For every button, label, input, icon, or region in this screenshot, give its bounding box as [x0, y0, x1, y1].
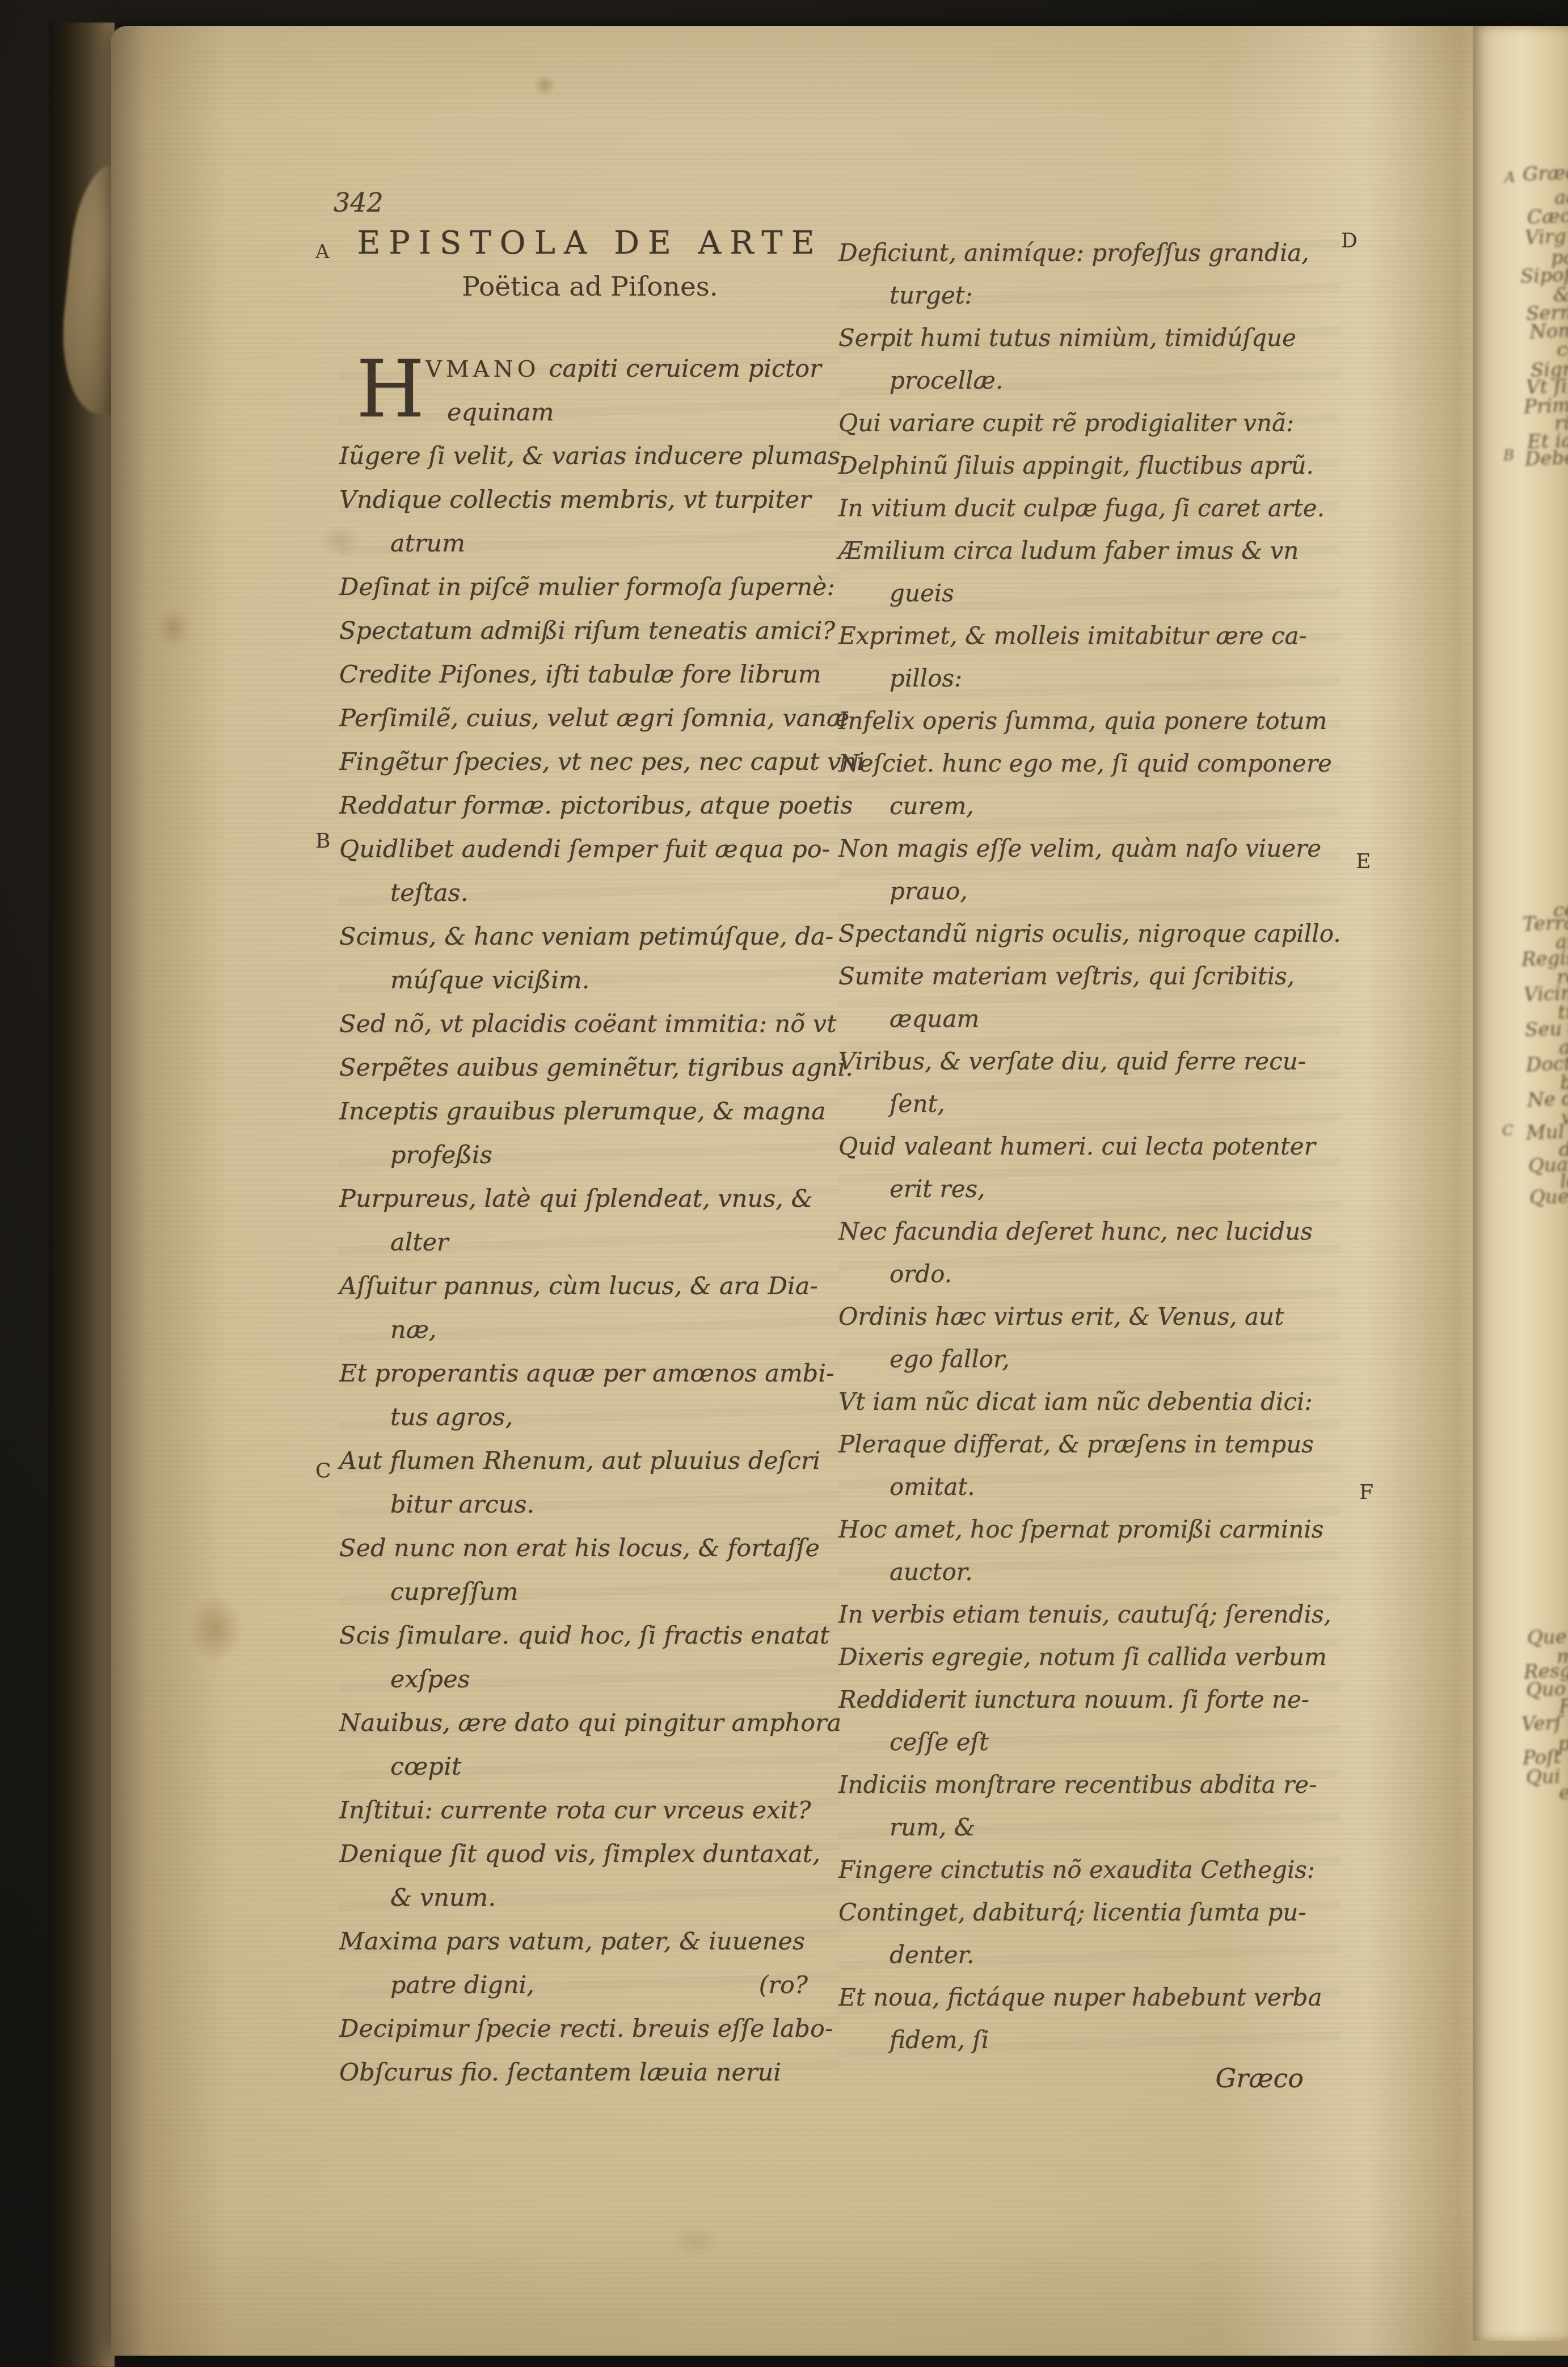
verse-line: Aut flumen Rhenum, aut pluuius deſcri: [339, 1439, 841, 1483]
edge-text-fragment: Que: [1529, 1185, 1568, 1209]
verse-text: Delphinũ ſiluis appingit, fluctibus aprũ…: [838, 452, 1314, 479]
verse-line: æquam: [838, 997, 1340, 1040]
verse-line: Sed nunc non erat his locus, & fortaſſe: [339, 1527, 841, 1570]
verse-text: æquam: [890, 1005, 979, 1033]
verse-text: Pleraque differat, & præſens in tempus: [838, 1430, 1314, 1458]
verse-text: fidem, ſi: [890, 2026, 989, 2054]
verse-line: Continget, dabiturq́; licentia ſumta pu-: [838, 1891, 1340, 1934]
verse-line: Qui variare cupit rẽ prodigialiter vnã:: [838, 402, 1340, 444]
signature-letter-e: E: [1356, 850, 1371, 873]
verse-line: Deſinat in piſcẽ mulier formoſa ſupernè:: [339, 566, 841, 609]
verse-text: Reddatur formæ. pictoribus, atque poetis: [339, 791, 853, 820]
verse-text: Exprimet, & molleis imitabitur ære ca-: [838, 622, 1307, 650]
verse-text: turget:: [890, 281, 973, 309]
verse-text: Et properantis aquæ per amœnos ambi-: [339, 1359, 834, 1388]
verse-text: Purpureus, latè qui ſplendeat, vnus, &: [339, 1185, 813, 1213]
verse-line: Pleraque differat, & præſens in tempus: [838, 1423, 1340, 1465]
verse-line: Decipimur ſpecie recti. breuis eſſe labo…: [339, 2007, 841, 2051]
verse-text: Spectatum admißi riſum teneatis amici?: [339, 617, 835, 645]
verse-text: procellæ.: [890, 367, 1003, 394]
signature-letter-d: D: [1341, 229, 1358, 252]
book-scan: 342 A EPISTOLA DE ARTE Poëtica ad Piſone…: [0, 0, 1568, 2367]
verse-line: Infelix operis ſumma, quia ponere totum: [838, 700, 1340, 742]
verse-text: denter.: [890, 1941, 974, 1969]
verse-line: múſque vicißim.: [339, 959, 841, 1003]
verse-text: Continget, dabiturq́; licentia ſumta pu-: [838, 1898, 1306, 1926]
verse-line: Nauibus, ære dato qui pingitur amphora: [339, 1701, 841, 1745]
verse-line: Neſciet. hunc ego me, ſi quid componere: [838, 742, 1340, 785]
verse-text: In verbis etiam tenuis, cautuſq́; ſerend…: [838, 1601, 1331, 1628]
edge-text-fragment: Virg: [1524, 225, 1566, 250]
verse-line: næ,: [339, 1308, 841, 1352]
verse-text: auctor.: [890, 1558, 973, 1586]
verse-text: ordo.: [890, 1260, 952, 1288]
verse-line: cœpit: [339, 1745, 841, 1789]
edge-text-fragment: C: [1502, 1122, 1514, 1140]
verse-text: curem,: [890, 792, 974, 820]
verse-text: cœpit: [390, 1753, 461, 1781]
verse-line: cupreſſum: [339, 1570, 841, 1614]
verse-text: ceſſe eſt: [890, 1728, 989, 1756]
verse-line: Indiciis monſtrare recentibus abdita re-: [838, 1763, 1340, 1806]
verse-line: Obſcurus fio. ſectantem læuia nerui: [339, 2051, 841, 2095]
verse-text: Nec facundia deſeret hunc, nec lucidus: [838, 1218, 1313, 1245]
verse-text: ego fallor,: [890, 1345, 1010, 1373]
verse-column-left: VMANOcapiti ceruicem pictorequinamIũgere…: [339, 347, 841, 2095]
verse-text: & vnum.: [390, 1884, 496, 1912]
verse-line: Ordinis hæc virtus erit, & Venus, aut: [838, 1295, 1340, 1338]
verse-line: Inceptis grauibus plerumque, & magna: [339, 1090, 841, 1134]
verse-caps-lead: VMANO: [425, 356, 540, 382]
verse-line: Non magis eſſe velim, quàm naſo viuere: [838, 827, 1340, 870]
verse-text: patre digni,: [390, 1971, 534, 1999]
verse-line: Scimus, & hanc veniam petimúſque, da-: [339, 915, 841, 959]
signature-letter-b: B: [315, 829, 330, 853]
verse-text: In vitium ducit culpæ fuga, ſi caret art…: [838, 494, 1325, 522]
verse-text: Qui variare cupit rẽ prodigialiter vnã:: [838, 409, 1294, 437]
verse-text: Dixeris egregie, notum ſi callida verbum: [838, 1643, 1327, 1671]
verse-text: alter: [390, 1228, 449, 1257]
verse-line: ſent,: [838, 1083, 1340, 1125]
verse-line: auctor.: [838, 1551, 1340, 1593]
verse-text: Fingere cinctutis nõ exaudita Cethegis:: [838, 1856, 1315, 1884]
verse-line: rum, &: [838, 1806, 1340, 1848]
verse-line: Maxima pars vatum, pater, & iuuenes: [339, 1920, 841, 1964]
verse-text: atrum: [390, 529, 465, 558]
page-subtitle: Poëtica ad Piſones.: [339, 271, 841, 302]
verse-text: Æmilium circa ludum faber imus & vn: [838, 537, 1299, 565]
verse-line: Inſtitui: currente rota cur vrceus exit?: [339, 1789, 841, 1833]
edge-text-fragment: B: [1503, 447, 1514, 465]
verse-line: patre digni,(ro?: [339, 1964, 841, 2007]
verse-line: Denique ſit quod vis, ſimplex duntaxat,: [339, 1833, 841, 1876]
verse-text: Vndique collectis membris, vt turpiter: [339, 486, 811, 514]
verse-text: Neſciet. hunc ego me, ſi quid componere: [838, 749, 1332, 777]
verse-text: Iũgere ſi velit, & varias inducere pluma…: [339, 442, 848, 470]
verse-text: Aſſuitur pannus, cùm lucus, & ara Dia-: [339, 1272, 818, 1300]
signature-letter-a: A: [315, 241, 330, 263]
verse-text: Vt iam nũc dicat iam nũc debentia dici:: [838, 1388, 1313, 1416]
verse-line: equinam: [339, 391, 841, 435]
verse-line: Hoc amet, hoc ſpernat promißi carminis: [838, 1508, 1340, 1551]
verse-text: gueis: [890, 579, 954, 607]
verse-text: Infelix operis ſumma, quia ponere totum: [838, 707, 1327, 735]
verse-text: Nauibus, ære dato qui pingitur amphora: [339, 1709, 841, 1737]
verse-line: Vndique collectis membris, vt turpiter: [339, 478, 841, 522]
fore-edge-next-page: AGræcaaCæciVirgpaSipoſ&SermNomceSignVt ſ…: [1473, 26, 1568, 2341]
edge-text-fragment: Qui: [1525, 1765, 1561, 1789]
verse-text: næ,: [390, 1316, 437, 1344]
signature-letter-f: F: [1359, 1481, 1373, 1504]
verse-text: prauo,: [890, 877, 968, 905]
verse-line: profeßis: [339, 1134, 841, 1177]
verse-text: cupreſſum: [390, 1578, 519, 1606]
verse-text: Viribus, & verſate diu, quid ferre recu-: [838, 1047, 1306, 1075]
verse-text: Indiciis monſtrare recentibus abdita re-: [838, 1771, 1317, 1799]
page-number: 342: [334, 187, 383, 218]
verse-line: erit res,: [838, 1168, 1340, 1210]
verse-line: & vnum.: [339, 1876, 841, 1920]
verse-line: turget:: [838, 274, 1340, 317]
verse-line: Perſimilẽ, cuius, velut ægri ſomnia, van…: [339, 697, 841, 740]
verse-text: Maxima pars vatum, pater, & iuuenes: [339, 1927, 805, 1956]
verse-text: Decipimur ſpecie recti. breuis eſſe labo…: [339, 2015, 833, 2043]
verse-text: bitur arcus.: [390, 1490, 534, 1519]
verse-text: Inſtitui: currente rota cur vrceus exit?: [339, 1796, 811, 1825]
verse-line: Dixeris egregie, notum ſi callida verbum: [838, 1636, 1340, 1678]
verse-line: Æmilium circa ludum faber imus & vn: [838, 529, 1340, 572]
verse-line: alter: [339, 1221, 841, 1265]
verse-line: exſpes: [339, 1658, 841, 1701]
edge-text-fragment: Græc: [1522, 161, 1568, 186]
verse-text: teſtas.: [390, 879, 468, 907]
verse-line: pillos:: [838, 657, 1340, 700]
verse-text: exſpes: [390, 1665, 470, 1694]
verse-text: Non magis eſſe velim, quàm naſo viuere: [838, 835, 1321, 862]
verse-text: Inceptis grauibus plerumque, & magna: [339, 1097, 826, 1126]
verse-text: Fingẽtur ſpecies, vt nec pes, nec caput …: [339, 748, 865, 776]
verse-line: curem,: [838, 785, 1340, 827]
verse-line: Reddiderit iunctura nouum. ſi forte ne-: [838, 1678, 1340, 1721]
verse-line: Reddatur formæ. pictoribus, atque poetis: [339, 784, 841, 828]
verse-line: Fingere cinctutis nõ exaudita Cethegis:: [838, 1848, 1340, 1891]
verse-line: ordo.: [838, 1253, 1340, 1295]
verse-line: Sumite materiam veſtris, qui ſcribitis,: [838, 955, 1340, 997]
verse-text: Scimus, & hanc veniam petimúſque, da-: [339, 923, 833, 951]
verse-line: Et properantis aquæ per amœnos ambi-: [339, 1352, 841, 1396]
verse-text: ſent,: [890, 1090, 945, 1118]
verse-text: Scis ſimulare. quid hoc, ſi fractis enat…: [339, 1621, 829, 1650]
verse-line: In verbis etiam tenuis, cautuſq́; ſerend…: [838, 1593, 1340, 1636]
verse-line: Sed nõ, vt placidis coëant immitia: nõ v…: [339, 1003, 841, 1046]
catchword: Græco: [838, 2063, 1340, 2094]
verse-text: rum, &: [890, 1813, 975, 1841]
verse-line: Spectatum admißi riſum teneatis amici?: [339, 609, 841, 653]
verse-turnover: (ro?: [759, 1964, 808, 2007]
verse-text: Deſinat in piſcẽ mulier formoſa ſupernè:: [339, 573, 835, 601]
page-title: EPISTOLA DE ARTE: [339, 225, 841, 262]
verse-line: Et noua, fictáque nuper habebunt verba: [838, 1976, 1340, 2019]
verse-text: Spectandũ nigris oculis, nigroque capill…: [838, 920, 1341, 947]
verse-text: Sed nunc non erat his locus, & fortaſſe: [339, 1534, 820, 1562]
verse-line: In vitium ducit culpæ fuga, ſi caret art…: [838, 487, 1340, 529]
signature-letter-c: C: [315, 1459, 331, 1482]
verse-text: múſque vicißim.: [390, 966, 590, 995]
verse-text: Ordinis hæc virtus erit, & Venus, aut: [838, 1303, 1284, 1330]
verse-line: atrum: [339, 522, 841, 566]
verse-line: bitur arcus.: [339, 1483, 841, 1527]
verse-text: Aut flumen Rhenum, aut pluuius deſcri: [339, 1447, 820, 1475]
verse-line: Viribus, & verſate diu, quid ferre recu-: [838, 1040, 1340, 1083]
verse-line: Aſſuitur pannus, cùm lucus, & ara Dia-: [339, 1265, 841, 1308]
verse-text: Quidlibet audendi ſemper fuit æqua po-: [339, 835, 830, 864]
verse-line: Serpẽtes auibus geminẽtur, tigribus agni…: [339, 1046, 841, 1090]
verse-line: Credite Piſones, iſti tabulæ fore librum: [339, 653, 841, 697]
verse-line: VMANOcapiti ceruicem pictor: [339, 347, 841, 391]
verse-line: fidem, ſi: [838, 2019, 1340, 2061]
verse-line: Quidlibet audendi ſemper fuit æqua po-: [339, 828, 841, 871]
verse-line: Deficiunt, animíque: profeſſus grandia,: [838, 231, 1340, 274]
verse-text: profeßis: [390, 1141, 492, 1169]
verse-text: Hoc amet, hoc ſpernat promißi carminis: [838, 1515, 1323, 1543]
verse-text: Reddiderit iunctura nouum. ſi forte ne-: [838, 1686, 1309, 1713]
verse-text: Quid valeant humeri. cui lecta potenter: [838, 1132, 1316, 1160]
verse-line: denter.: [838, 1934, 1340, 1976]
verse-line: teſtas.: [339, 871, 841, 915]
verse-text: pillos:: [890, 664, 962, 692]
verse-text: Perſimilẽ, cuius, velut ægri ſomnia, van…: [339, 704, 849, 732]
verse-line: gueis: [838, 572, 1340, 614]
verse-text: erit res,: [890, 1175, 985, 1203]
verse-line: Scis ſimulare. quid hoc, ſi fractis enat…: [339, 1614, 841, 1658]
verse-text: Credite Piſones, iſti tabulæ fore librum: [339, 660, 821, 689]
verse-line: prauo,: [838, 870, 1340, 912]
verse-text: capiti ceruicem pictor: [549, 355, 821, 383]
verse-text: Sed nõ, vt placidis coëant immitia: nõ v…: [339, 1010, 836, 1038]
verse-line: Purpureus, latè qui ſplendeat, vnus, &: [339, 1177, 841, 1221]
verse-text: tus agros,: [390, 1403, 513, 1431]
verse-text: Deficiunt, animíque: profeſſus grandia,: [838, 239, 1309, 267]
verse-text: omitat.: [890, 1473, 975, 1501]
verse-text: equinam: [447, 398, 554, 427]
verse-line: Vt iam nũc dicat iam nũc debentia dici:: [838, 1380, 1340, 1423]
verse-line: Exprimet, & molleis imitabitur ære ca-: [838, 614, 1340, 657]
verse-text: Serpit humi tutus nimiùm, timidúſque: [838, 324, 1296, 352]
verse-line: ego fallor,: [838, 1338, 1340, 1380]
verse-text: Sumite materiam veſtris, qui ſcribitis,: [838, 962, 1295, 990]
verse-line: Fingẽtur ſpecies, vt nec pes, nec caput …: [339, 740, 841, 784]
edge-text-fragment: Verſ: [1521, 1712, 1562, 1736]
verse-line: omitat.: [838, 1465, 1340, 1508]
verse-line: Quid valeant humeri. cui lecta potenter: [838, 1125, 1340, 1168]
verse-line: Delphinũ ſiluis appingit, fluctibus aprũ…: [838, 444, 1340, 487]
edge-text-fragment: e: [1558, 1781, 1568, 1805]
verse-text: Denique ſit quod vis, ſimplex duntaxat,: [339, 1840, 820, 1868]
verse-column-right: Deficiunt, animíque: profeſſus grandia,t…: [838, 231, 1340, 2061]
verse-line: Spectandũ nigris oculis, nigroque capill…: [838, 912, 1340, 955]
edge-text-fragment: A: [1504, 169, 1515, 187]
verse-line: Nec facundia deſeret hunc, nec lucidus: [838, 1210, 1340, 1253]
verse-line: Serpit humi tutus nimiùm, timidúſque: [838, 317, 1340, 359]
edge-text-fragment: Debe: [1524, 446, 1568, 470]
verse-text: Obſcurus fio. ſectantem læuia nerui: [339, 2058, 781, 2087]
verse-line: procellæ.: [838, 359, 1340, 402]
verse-text: Serpẽtes auibus geminẽtur, tigribus agni…: [339, 1054, 853, 1082]
verse-line: tus agros,: [339, 1396, 841, 1439]
verse-line: ceſſe eſt: [838, 1721, 1340, 1763]
verse-line: Iũgere ſi velit, & varias inducere pluma…: [339, 435, 841, 478]
verse-text: Et noua, fictáque nuper habebunt verba: [838, 1983, 1322, 2011]
